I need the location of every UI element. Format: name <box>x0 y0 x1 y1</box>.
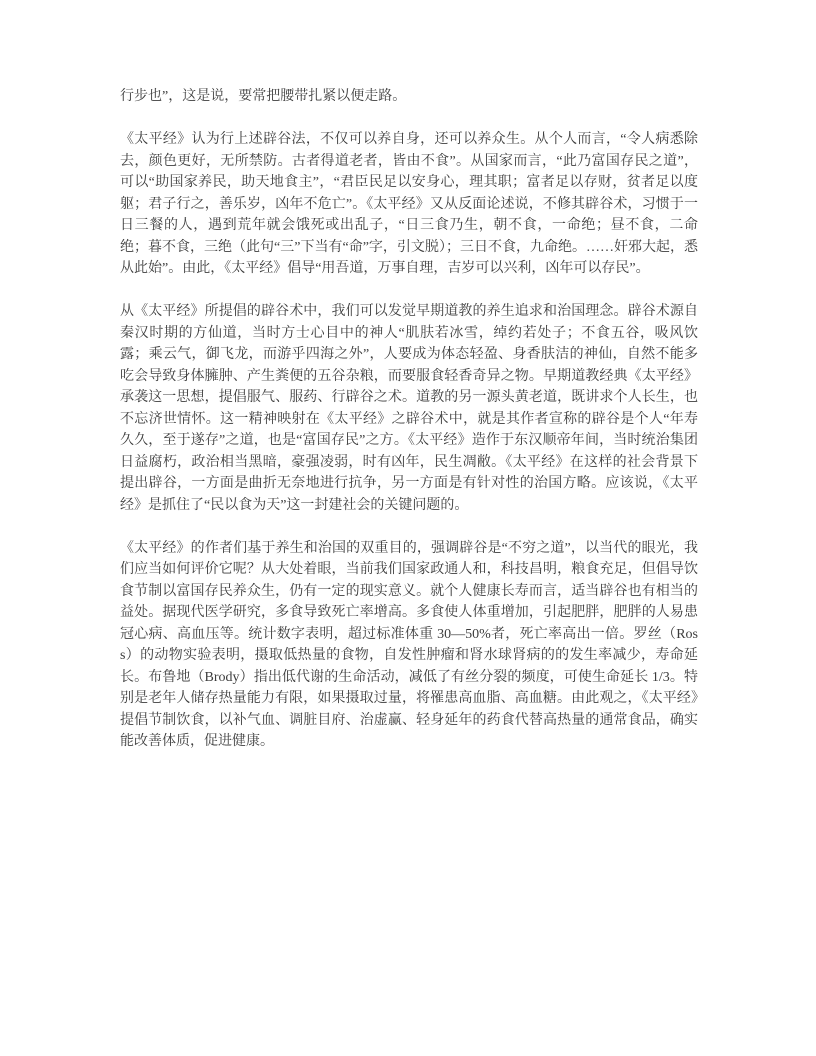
paragraph-continuation: 行步也”，这是说，要常把腰带扎紧以便走路。 <box>120 86 698 108</box>
document-text-block: 行步也”，这是说，要常把腰带扎紧以便走路。 《太平经》认为行上述辟谷法，不仅可以… <box>120 86 698 753</box>
paragraph-modern-evaluation: 《太平经》的作者们基于养生和治国的双重目的，强调辟谷是“不穷之道”，以当代的眼光… <box>120 538 698 753</box>
paragraph-daoist-origins: 从《太平经》所提倡的辟谷术中，我们可以发觉早期道教的养生追求和治国理念。辟谷术源… <box>120 301 698 516</box>
paragraph-bigu-benefits: 《太平经》认为行上述辟谷法，不仅可以养自身，还可以养众生。从个人而言，“令人病悉… <box>120 129 698 280</box>
document-page: 行步也”，这是说，要常把腰带扎紧以便走路。 《太平经》认为行上述辟谷法，不仅可以… <box>0 0 816 1056</box>
